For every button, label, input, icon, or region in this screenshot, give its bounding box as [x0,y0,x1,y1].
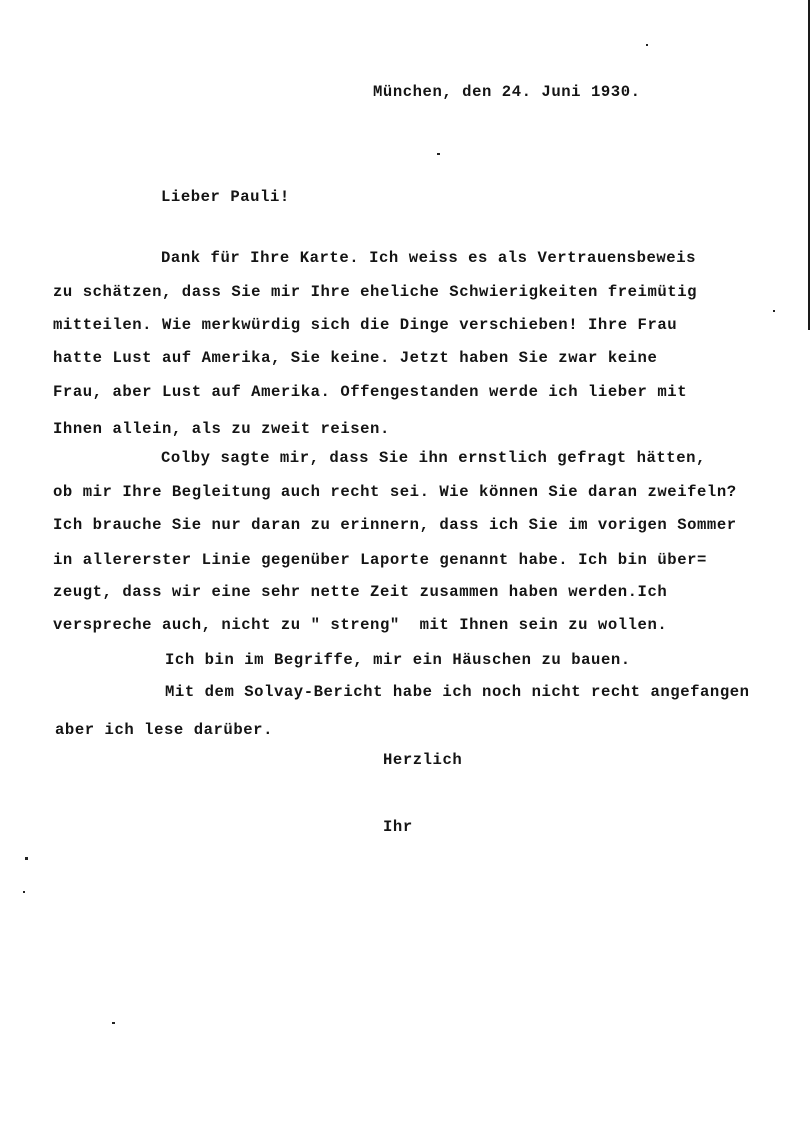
scan-speck [773,310,775,312]
body-line: Ihnen allein, als zu zweit reisen. [53,420,390,438]
scan-speck [25,857,28,860]
body-line: mitteilen. Wie merkwürdig sich die Dinge… [53,316,677,334]
body-line: zu schätzen, dass Sie mir Ihre eheliche … [53,283,697,301]
place-date: München, den 24. Juni 1930. [373,83,641,101]
letter-page: München, den 24. Juni 1930. Lieber Pauli… [0,0,810,1145]
signature-line: Ihr [383,818,413,836]
body-line: Colby sagte mir, dass Sie ihn ernstlich … [161,449,706,467]
body-line: Frau, aber Lust auf Amerika. Offengestan… [53,383,687,401]
body-line: Mit dem Solvay-Bericht habe ich noch nic… [165,683,750,701]
body-line: zeugt, dass wir eine sehr nette Zeit zus… [53,583,667,601]
body-line: Dank für Ihre Karte. Ich weiss es als Ve… [161,249,696,267]
salutation: Lieber Pauli! [161,188,290,206]
body-line: verspreche auch, nicht zu " streng" mit … [53,616,667,634]
scan-speck [437,153,440,155]
scan-speck [23,891,25,893]
scan-speck [112,1022,115,1024]
body-line: Ich brauche Sie nur daran zu erinnern, d… [53,516,737,534]
body-line: hatte Lust auf Amerika, Sie keine. Jetzt… [53,349,657,367]
body-line: in allererster Linie gegenüber Laporte g… [53,551,707,569]
scan-speck [646,44,648,46]
body-line: ob mir Ihre Begleitung auch recht sei. W… [53,483,737,501]
body-line: aber ich lese darüber. [55,721,273,739]
closing: Herzlich [383,751,462,769]
body-line: Ich bin im Begriffe, mir ein Häuschen zu… [165,651,631,669]
